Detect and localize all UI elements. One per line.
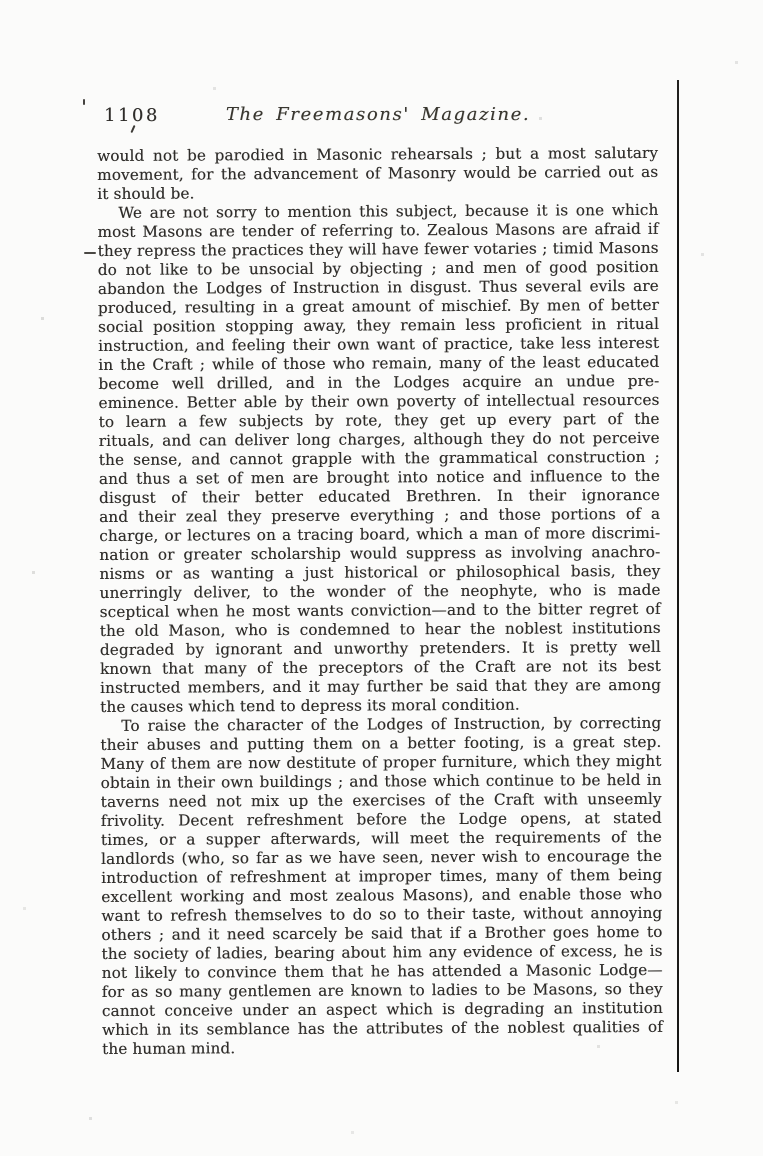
text-line: instructed members, and it may further b…	[100, 676, 661, 698]
ink-stray-mark	[130, 125, 135, 133]
margin-dash-mark	[84, 252, 96, 254]
ink-stray-mark	[83, 99, 85, 105]
column-rule	[677, 80, 679, 1072]
text-line: which in its semblance has the attribute…	[102, 1018, 663, 1040]
text-line: the human mind.	[102, 1037, 663, 1059]
text-line: movement, for the advancement of Masonry…	[97, 163, 658, 185]
running-title: The Freemasons' Magazine.	[97, 104, 659, 125]
scan-speckle-noise	[0, 0, 1, 1]
text-column: would not be parodied in Masonic rehears…	[97, 144, 663, 1059]
scanned-page: 1108 The Freemasons' Magazine. would not…	[0, 0, 763, 1156]
